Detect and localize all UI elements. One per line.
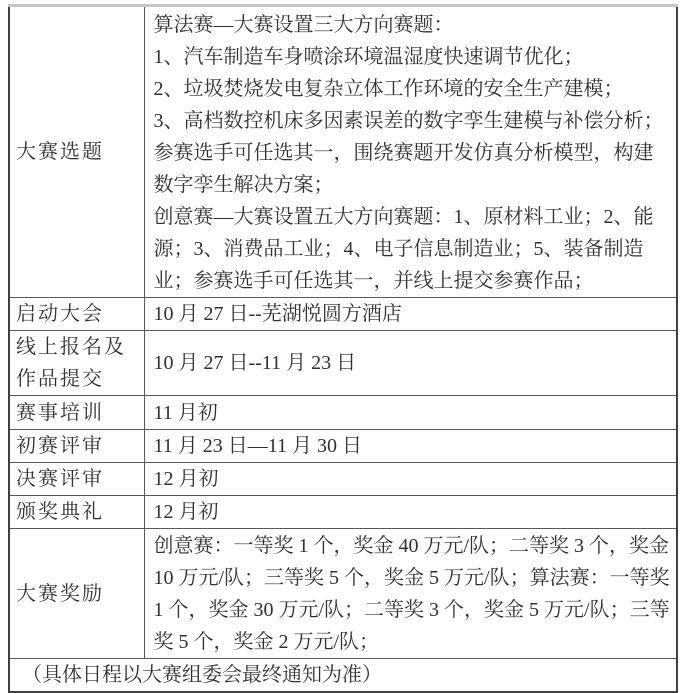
value-cell-award-ceremony: 12 月初 [144,496,677,529]
label-cell-prizes: 大赛奖励 [9,529,144,659]
value-cell-prizes: 创意赛：一等奖 1 个，奖金 40 万元/队；二等奖 3 个，奖金 10 万元/… [144,529,677,659]
label-cell-registration-submission: 线上报名及作品提交 [9,331,144,396]
value-cell-kickoff-meeting: 10 月 27 日--芜湖悦圆方酒店 [144,298,677,331]
topics-paragraph: 参赛选手可任选其一，围绕赛题开发仿真分析模型，构建数字孪生解决方案； [154,137,673,201]
topics-paragraph: 创意赛—大赛设置五大方向赛题：1、原材料工业；2、能源；3、消费品工业；4、电子… [154,201,673,297]
topics-paragraph: 2、垃圾焚烧发电复杂立体工作环境的安全生产建模； [154,73,673,105]
table-row-kickoff-meeting: 启动大会 10 月 27 日--芜湖悦圆方酒店 [9,298,677,331]
table-row-footnote: （具体日程以大赛组委会最终通知为准） [9,659,677,693]
table-row-topics: 大赛选题 算法赛—大赛设置三大方向赛题： 1、汽车制造车身喷涂环境温湿度快速调节… [9,6,677,298]
value-cell-registration-submission: 10 月 27 日--11 月 23 日 [144,331,677,396]
label-cell-award-ceremony: 颁奖典礼 [9,496,144,529]
footnote-cell: （具体日程以大赛组委会最终通知为准） [9,659,677,693]
label-cell-kickoff-meeting: 启动大会 [9,298,144,331]
value-cell-topics: 算法赛—大赛设置三大方向赛题： 1、汽车制造车身喷涂环境温湿度快速调节优化； 2… [144,6,677,298]
label-cell-final-review: 决赛评审 [9,463,144,496]
table-row-preliminary-review: 初赛评审 11 月 23 日—11 月 30 日 [9,430,677,463]
table-row-final-review: 决赛评审 12 月初 [9,463,677,496]
table-row-registration-submission: 线上报名及作品提交 10 月 27 日--11 月 23 日 [9,331,677,396]
topics-paragraph: 1、汽车制造车身喷涂环境温湿度快速调节优化； [154,41,673,73]
topics-paragraph: 3、高档数控机床多因素误差的数字孪生建模与补偿分析； [154,105,673,137]
value-cell-preliminary-review: 11 月 23 日—11 月 30 日 [144,430,677,463]
schedule-table: 大赛选题 算法赛—大赛设置三大方向赛题： 1、汽车制造车身喷涂环境温湿度快速调节… [8,4,678,693]
value-cell-training: 11 月初 [144,396,677,430]
label-cell-preliminary-review: 初赛评审 [9,430,144,463]
table-row-training: 赛事培训 11 月初 [9,396,677,430]
label-cell-training: 赛事培训 [9,396,144,430]
topics-paragraph: 算法赛—大赛设置三大方向赛题： [154,9,673,41]
table-row-award-ceremony: 颁奖典礼 12 月初 [9,496,677,529]
table-row-prizes: 大赛奖励 创意赛：一等奖 1 个，奖金 40 万元/队；二等奖 3 个，奖金 1… [9,529,677,659]
label-cell-topics: 大赛选题 [9,6,144,298]
value-cell-final-review: 12 月初 [144,463,677,496]
